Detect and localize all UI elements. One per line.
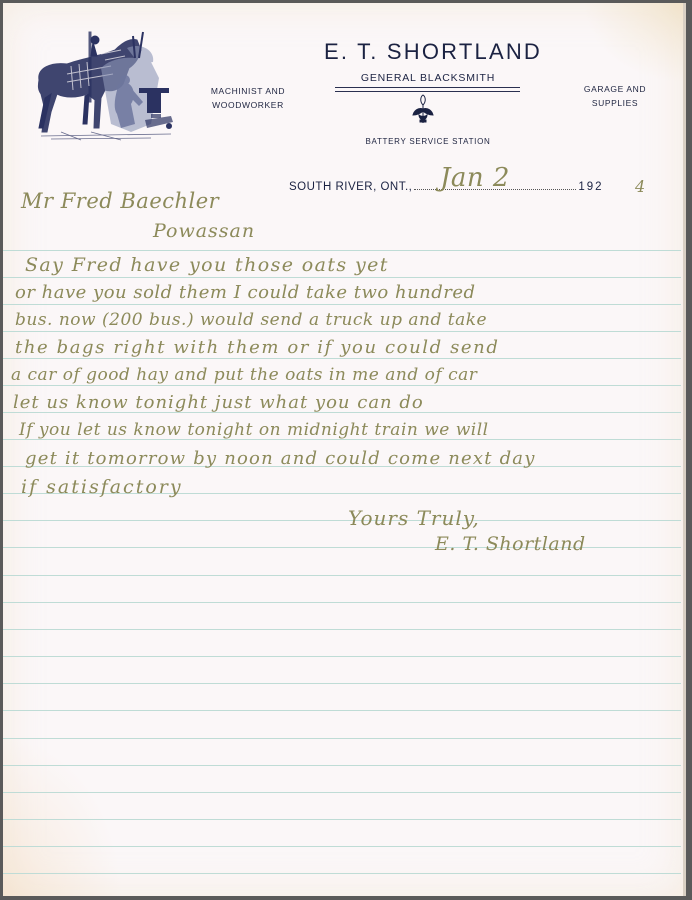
place-label: SOUTH RIVER, ONT., — [289, 181, 412, 193]
subtitle-double-rule — [335, 87, 520, 92]
body-line: bus. now (200 bus.) would send a truck u… — [15, 310, 487, 330]
left-tag-line1: MACHINIST AND — [193, 84, 303, 98]
rule-line — [3, 277, 681, 278]
rule-line — [3, 331, 681, 332]
body-line: or have you sold them I could take two h… — [15, 282, 476, 303]
rule-line — [3, 575, 681, 576]
fleur-ornament-icon — [412, 93, 434, 125]
company-name: E. T. SHORTLAND — [283, 39, 583, 65]
recipient-name: Mr Fred Baechler — [21, 189, 219, 213]
rule-line — [3, 819, 681, 820]
rule-line — [3, 385, 681, 386]
rule-line — [3, 250, 681, 251]
garage-supplies-tag: GARAGE AND SUPPLIES — [575, 82, 655, 110]
rule-line — [3, 792, 681, 793]
company-subtitle: GENERAL BLACKSMITH — [328, 72, 528, 84]
rule-line — [3, 304, 681, 305]
body-line: a car of good hay and put the oats in me… — [11, 365, 477, 385]
body-line: let us know tonight just what you can do — [13, 392, 424, 413]
rule-line — [3, 602, 681, 603]
rule-line — [3, 656, 681, 657]
letter-page: MACHINIST AND WOODWORKER E. T. SHORTLAND… — [3, 3, 686, 896]
rule-line — [3, 520, 681, 521]
rule-line — [3, 765, 681, 766]
rule-line — [3, 683, 681, 684]
right-tag-line2: SUPPLIES — [575, 96, 655, 110]
rule-line — [3, 358, 681, 359]
signature: E. T. Shortland — [435, 533, 586, 555]
right-tag-line1: GARAGE AND — [575, 82, 655, 96]
body-line: Say Fred have you those oats yet — [25, 254, 389, 276]
horse-blacksmith-engraving-icon — [31, 28, 181, 148]
rule-line — [3, 738, 681, 739]
rule-line — [3, 629, 681, 630]
year-prefix: 192 — [578, 181, 603, 193]
body-line: If you let us know tonight on midnight t… — [19, 420, 489, 440]
body-line: get it tomorrow by noon and could come n… — [25, 448, 536, 469]
handwritten-year-digit: 4 — [635, 177, 646, 196]
left-tag-line2: WOODWORKER — [193, 98, 303, 112]
battery-service-station: BATTERY SERVICE STATION — [333, 137, 523, 146]
body-line: if satisfactory — [21, 476, 183, 498]
rule-line — [3, 873, 681, 874]
closing: Yours Truly, — [348, 506, 480, 530]
body-line: the bags right with them or if you could… — [15, 337, 500, 358]
handwritten-date: Jan 2 — [440, 163, 510, 193]
rule-line — [3, 846, 681, 847]
machinist-woodworker-tag: MACHINIST AND WOODWORKER — [193, 84, 303, 112]
recipient-location: Powassan — [153, 220, 255, 242]
rule-line — [3, 710, 681, 711]
